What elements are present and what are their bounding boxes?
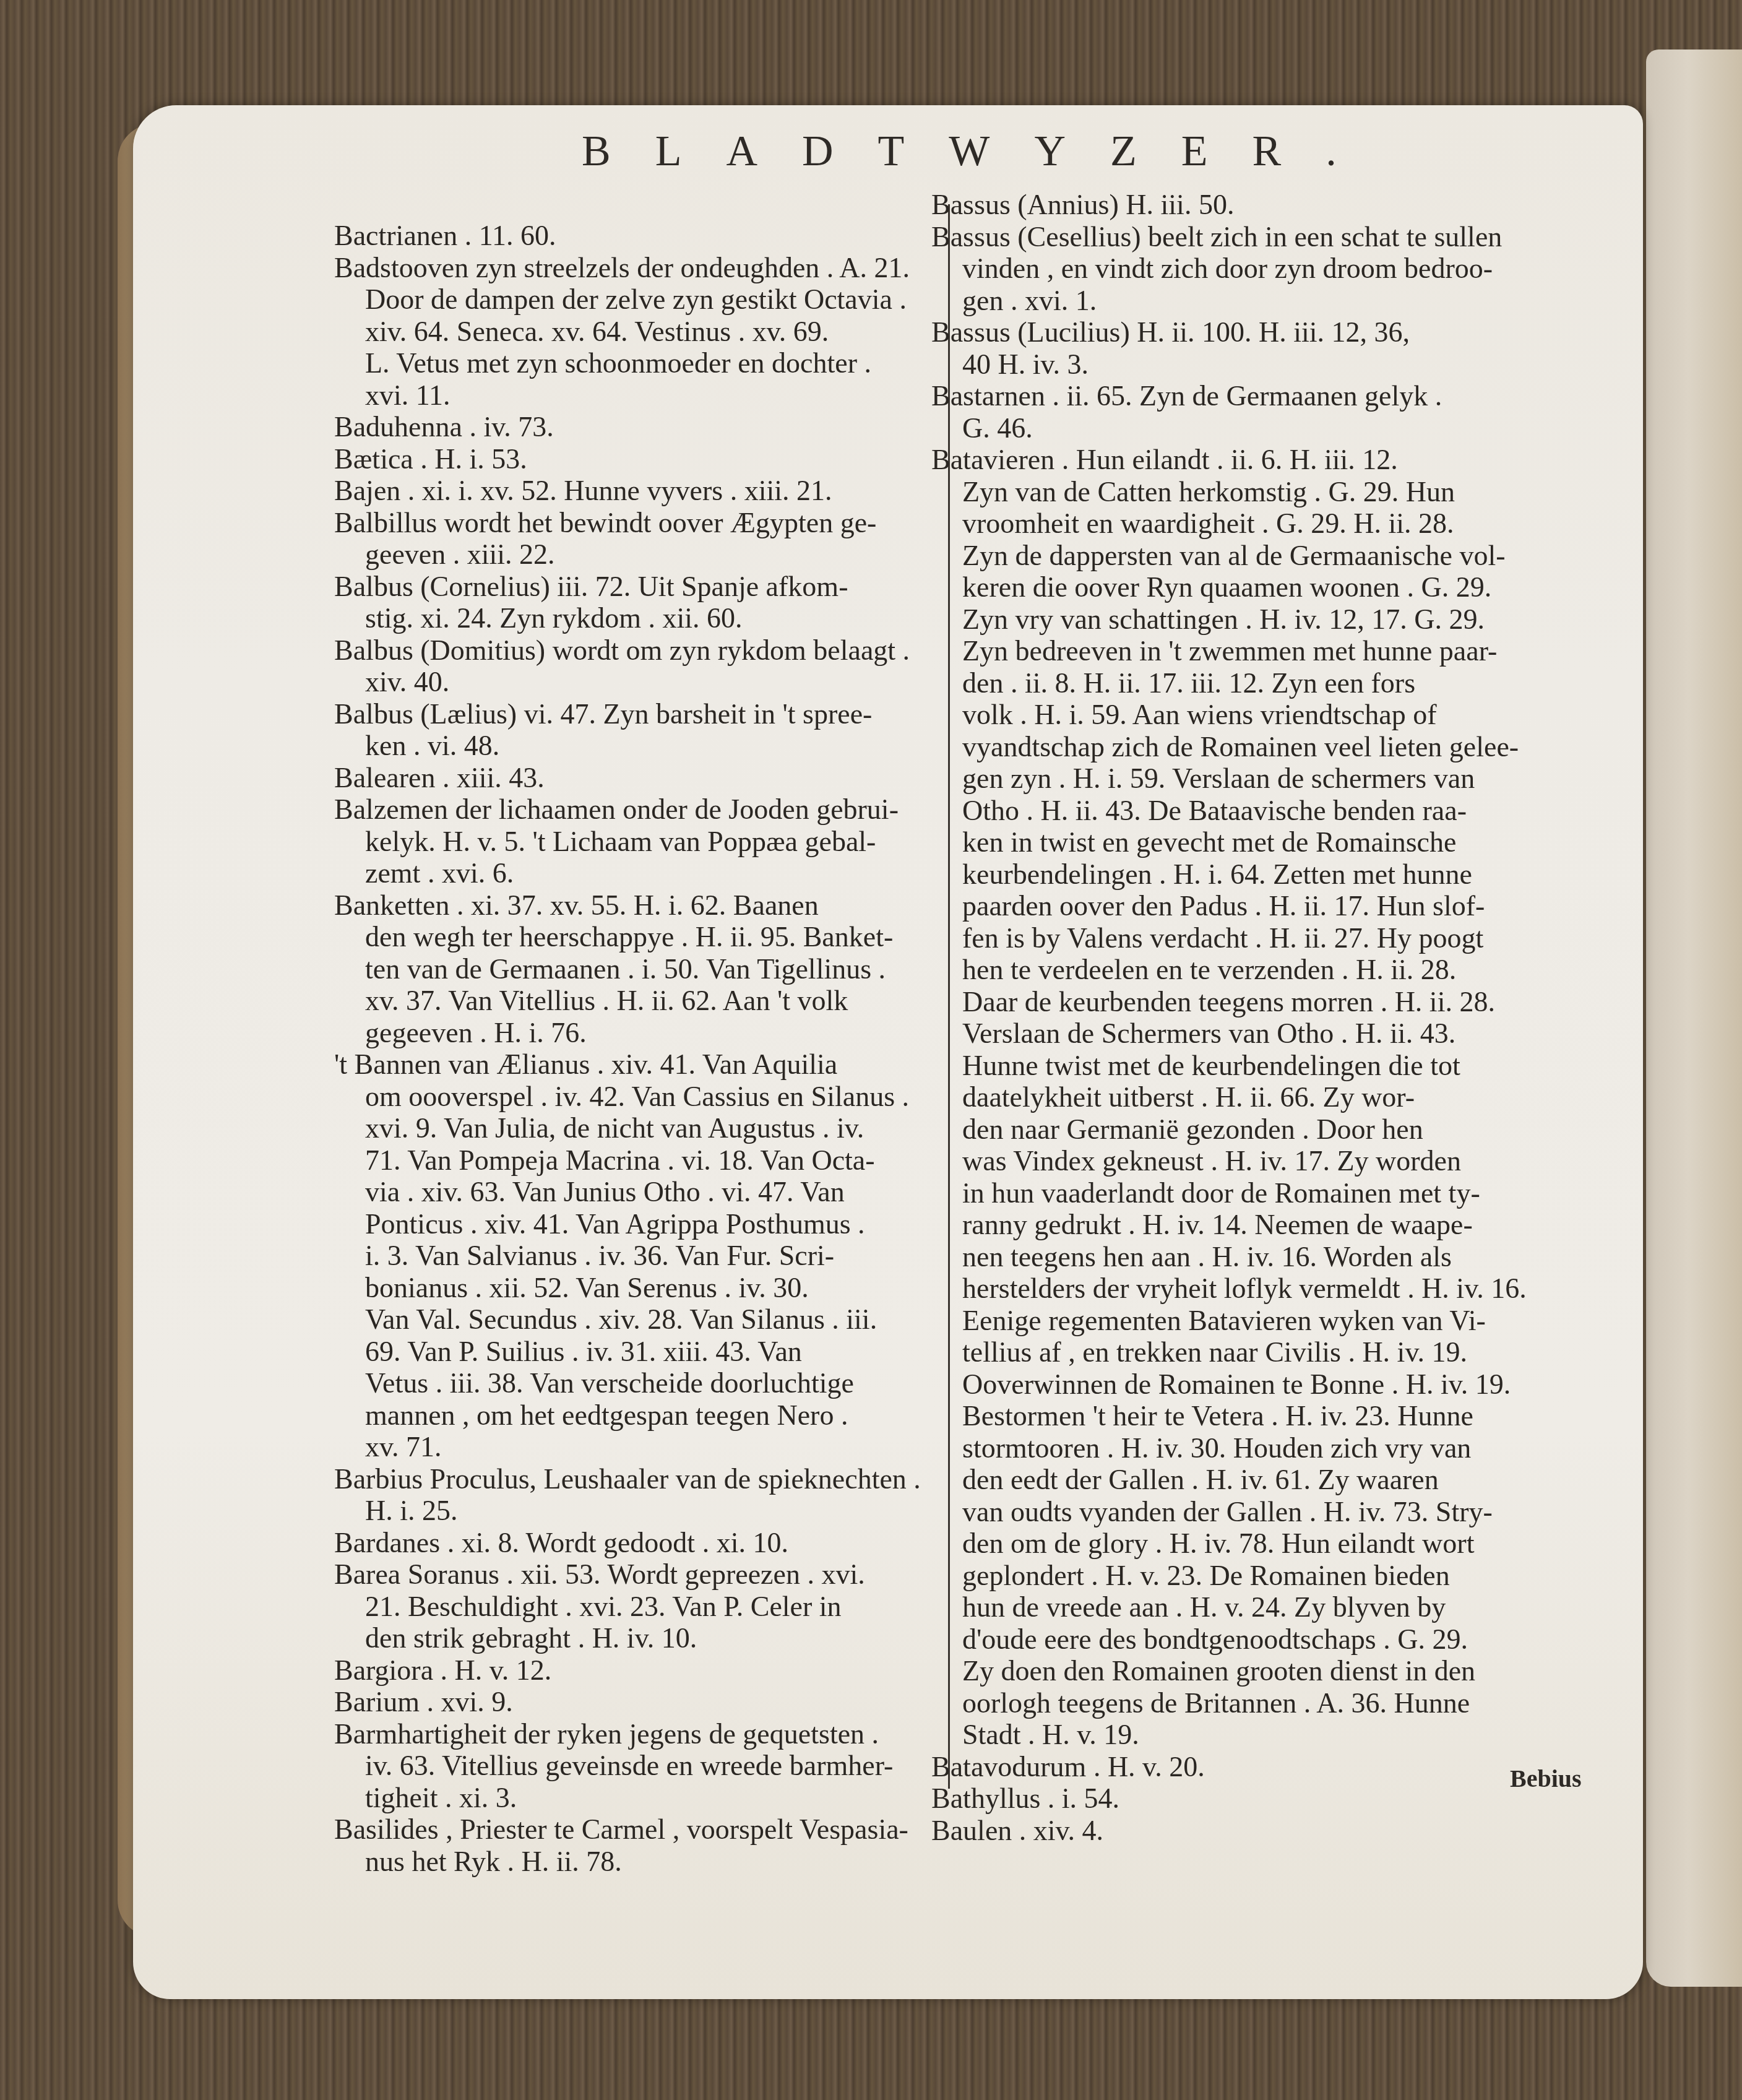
- index-entry-continuation: hen te verdeelen en te verzenden . H. ii…: [931, 954, 1600, 986]
- index-entry: Badstooven zyn streelzels der ondeughden…: [334, 252, 941, 284]
- index-entry-continuation: nen teegens hen aan . H. iv. 16. Worden …: [931, 1241, 1600, 1273]
- index-entry-continuation: gen . xvi. 1.: [931, 285, 1600, 317]
- index-entry-continuation: Zyn de dappersten van al de Germaanische…: [931, 540, 1600, 572]
- index-entry: Balearen . xiii. 43.: [334, 762, 941, 794]
- index-entry-continuation: ken in twist en gevecht met de Romainsch…: [931, 826, 1600, 858]
- facing-page-edge: [1646, 50, 1742, 1987]
- index-entry-continuation: L. Vetus met zyn schoonmoeder en dochter…: [334, 347, 941, 379]
- index-entry: Barea Soranus . xii. 53. Wordt gepreezen…: [334, 1558, 941, 1591]
- index-entry-continuation: volk . H. i. 59. Aan wiens vriendtschap …: [931, 699, 1600, 731]
- index-entry-continuation: 21. Beschuldight . xvi. 23. Van P. Celer…: [334, 1591, 941, 1623]
- index-entry-continuation: herstelders der vryheit loflyk vermeldt …: [931, 1273, 1600, 1305]
- index-entry: Barium . xvi. 9.: [334, 1686, 941, 1718]
- index-entry-continuation: daatelykheit uitberst . H. ii. 66. Zy wo…: [931, 1081, 1600, 1113]
- index-entry-continuation: den naar Germanië gezonden . Door hen: [931, 1113, 1600, 1146]
- index-entry: Bardanes . xi. 8. Wordt gedoodt . xi. 10…: [334, 1527, 941, 1559]
- index-entry-continuation: zemt . xvi. 6.: [334, 857, 941, 889]
- index-entry: Bassus (Annius) H. iii. 50.: [931, 189, 1600, 221]
- index-entry-continuation: via . xiv. 63. Van Junius Otho . vi. 47.…: [334, 1176, 941, 1208]
- index-entry-continuation: ken . vi. 48.: [334, 730, 941, 762]
- index-entry-continuation: fen is by Valens verdacht . H. ii. 27. H…: [931, 922, 1600, 954]
- index-entry-continuation: H. i. 25.: [334, 1495, 941, 1527]
- index-entry-continuation: Ooverwinnen de Romainen te Bonne . H. iv…: [931, 1368, 1600, 1401]
- index-entry: Bætica . H. i. 53.: [334, 443, 941, 475]
- index-entry-continuation: gen zyn . H. i. 59. Verslaan de schermer…: [931, 763, 1600, 795]
- index-entry-continuation: bonianus . xii. 52. Van Serenus . iv. 30…: [334, 1272, 941, 1304]
- index-entry: Basilides , Priester te Carmel , voorspe…: [334, 1813, 941, 1846]
- index-entry-continuation: 71. Van Pompeja Macrina . vi. 18. Van Oc…: [334, 1144, 941, 1177]
- index-entry-continuation: xvi. 9. Van Julia, de nicht van Augustus…: [334, 1112, 941, 1144]
- index-entry-continuation: Verslaan de Schermers van Otho . H. ii. …: [931, 1018, 1600, 1050]
- index-entry-continuation: gegeeven . H. i. 76.: [334, 1017, 941, 1049]
- index-entry: Bathyllus . i. 54.: [931, 1782, 1600, 1815]
- index-entry-continuation: ten van de Germaanen . i. 50. Van Tigell…: [334, 953, 941, 985]
- index-entry-continuation: Eenige regementen Batavieren wyken van V…: [931, 1305, 1600, 1337]
- index-entry-continuation: den wegh ter heerschappye . H. ii. 95. B…: [334, 921, 941, 953]
- index-entry-continuation: Zyn van de Catten herkomstig . G. 29. Hu…: [931, 476, 1600, 508]
- index-entry-continuation: xv. 71.: [334, 1431, 941, 1463]
- index-entry-continuation: geplondert . H. v. 23. De Romainen biede…: [931, 1560, 1600, 1592]
- index-entry: Baduhenna . iv. 73.: [334, 411, 941, 443]
- index-entry-continuation: keren die oover Ryn quaamen woonen . G. …: [931, 571, 1600, 603]
- index-entry-continuation: kelyk. H. v. 5. 't Lichaam van Poppæa ge…: [334, 826, 941, 858]
- index-entry-continuation: Bestormen 't heir te Vetera . H. iv. 23.…: [931, 1400, 1600, 1432]
- index-entry-continuation: xv. 37. Van Vitellius . H. ii. 62. Aan '…: [334, 985, 941, 1017]
- index-entry: Barmhartigheit der ryken jegens de geque…: [334, 1718, 941, 1750]
- index-entry-continuation: was Vindex gekneust . H. iv. 17. Zy word…: [931, 1145, 1600, 1177]
- index-entry: Balzemen der lichaamen onder de Jooden g…: [334, 793, 941, 826]
- index-entry: Bassus (Cesellius) beelt zich in een sch…: [931, 221, 1600, 253]
- index-entry-continuation: Van Val. Secundus . xiv. 28. Van Silanus…: [334, 1303, 941, 1336]
- index-entry: Balbus (Domitius) wordt om zyn rykdom be…: [334, 634, 941, 667]
- index-entry-continuation: tellius af , en trekken naar Civilis . H…: [931, 1336, 1600, 1368]
- index-entry-continuation: van oudts vyanden der Gallen . H. iv. 73…: [931, 1496, 1600, 1528]
- index-entry-continuation: den om de glory . H. iv. 78. Hun eilandt…: [931, 1527, 1600, 1560]
- index-entry-continuation: mannen , om het eedtgespan teegen Nero .: [334, 1399, 941, 1432]
- index-entry-continuation: Daar de keurbenden teegens morren . H. i…: [931, 986, 1600, 1018]
- index-entry: Balbus (Lælius) vi. 47. Zyn barsheit in …: [334, 698, 941, 730]
- index-entry: Barbius Proculus, Leushaaler van de spie…: [334, 1463, 941, 1495]
- index-entry-continuation: den strik gebraght . H. iv. 10.: [334, 1622, 941, 1654]
- index-entry: Bargiora . H. v. 12.: [334, 1654, 941, 1687]
- index-entry-continuation: nus het Ryk . H. ii. 78.: [334, 1846, 941, 1878]
- index-entry-continuation: Zy doen den Romainen grooten dienst in d…: [931, 1655, 1600, 1687]
- index-entry-continuation: Otho . H. ii. 43. De Bataavische benden …: [931, 795, 1600, 827]
- index-entry: Balbus (Cornelius) iii. 72. Uit Spanje a…: [334, 571, 941, 603]
- index-entry-continuation: vroomheit en waardigheit . G. 29. H. ii.…: [931, 508, 1600, 540]
- index-entry-continuation: iv. 63. Vitellius geveinsde en wreede ba…: [334, 1750, 941, 1782]
- index-entry-continuation: in hun vaaderlandt door de Romainen met …: [931, 1177, 1600, 1209]
- index-entry-continuation: ranny gedrukt . H. iv. 14. Neemen de waa…: [931, 1209, 1600, 1241]
- index-entry-continuation: tigheit . xi. 3.: [334, 1782, 941, 1814]
- index-column-right: Bassus (Annius) H. iii. 50.Bassus (Cesel…: [931, 189, 1600, 1846]
- index-entry: Baulen . xiv. 4.: [931, 1815, 1600, 1847]
- catchword: Bebius: [1510, 1764, 1582, 1793]
- index-entry-continuation: xvi. 11.: [334, 379, 941, 412]
- index-column-left: Bactrianen . 11. 60.Badstooven zyn stree…: [334, 220, 941, 1877]
- index-entry-continuation: Door de dampen der zelve zyn gestikt Oct…: [334, 283, 941, 316]
- index-entry-continuation: Stadt . H. v. 19.: [931, 1719, 1600, 1751]
- index-entry-continuation: G. 46.: [931, 412, 1600, 444]
- index-entry: Bajen . xi. i. xv. 52. Hunne vyvers . xi…: [334, 475, 941, 507]
- index-entry-continuation: hun de vreede aan . H. v. 24. Zy blyven …: [931, 1591, 1600, 1623]
- index-entry: Banketten . xi. 37. xv. 55. H. i. 62. Ba…: [334, 889, 941, 922]
- index-entry: Batavodurum . H. v. 20.: [931, 1751, 1600, 1783]
- index-entry-continuation: vyandtschap zich de Romainen veel lieten…: [931, 731, 1600, 763]
- index-entry-continuation: Ponticus . xiv. 41. Van Agrippa Posthumu…: [334, 1208, 941, 1240]
- index-entry-continuation: xiv. 40.: [334, 666, 941, 698]
- index-entry-continuation: Vetus . iii. 38. Van verscheide doorluch…: [334, 1367, 941, 1399]
- index-entry-continuation: d'oude eere des bondtgenoodtschaps . G. …: [931, 1623, 1600, 1656]
- index-entry-continuation: Zyn vry van schattingen . H. iv. 12, 17.…: [931, 603, 1600, 636]
- index-entry: Balbillus wordt het bewindt oover Ægypte…: [334, 507, 941, 539]
- page-title: BLADTWYZER.: [582, 127, 1300, 176]
- index-entry-continuation: oorlogh teegens de Britannen . A. 36. Hu…: [931, 1687, 1600, 1719]
- index-entry-continuation: 69. Van P. Suilius . iv. 31. xiii. 43. V…: [334, 1336, 941, 1368]
- index-entry: Bastarnen . ii. 65. Zyn de Germaanen gel…: [931, 380, 1600, 412]
- index-entry: 't Bannen van Ælianus . xiv. 41. Van Aqu…: [334, 1048, 941, 1081]
- index-entry-continuation: 40 H. iv. 3.: [931, 348, 1600, 381]
- index-entry-continuation: Zyn bedreeven in 't zwemmen met hunne pa…: [931, 635, 1600, 667]
- index-entry-continuation: xiv. 64. Seneca. xv. 64. Vestinus . xv. …: [334, 316, 941, 348]
- index-entry-continuation: om oooverspel . iv. 42. Van Cassius en S…: [334, 1081, 941, 1113]
- index-entry-continuation: stig. xi. 24. Zyn rykdom . xii. 60.: [334, 602, 941, 634]
- index-entry-continuation: Hunne twist met de keurbendelingen die t…: [931, 1050, 1600, 1082]
- index-entry-continuation: paarden oover den Padus . H. ii. 17. Hun…: [931, 890, 1600, 922]
- index-entry-continuation: den . ii. 8. H. ii. 17. iii. 12. Zyn een…: [931, 667, 1600, 699]
- index-entry-continuation: keurbendelingen . H. i. 64. Zetten met h…: [931, 858, 1600, 891]
- index-entry: Bassus (Lucilius) H. ii. 100. H. iii. 12…: [931, 316, 1600, 348]
- index-entry: Batavieren . Hun eilandt . ii. 6. H. iii…: [931, 444, 1600, 476]
- index-entry: Bactrianen . 11. 60.: [334, 220, 941, 252]
- index-entry-continuation: i. 3. Van Salvianus . iv. 36. Van Fur. S…: [334, 1240, 941, 1272]
- index-entry-continuation: geeven . xiii. 22.: [334, 538, 941, 571]
- index-entry-continuation: vinden , en vindt zich door zyn droom be…: [931, 253, 1600, 285]
- index-entry-continuation: den eedt der Gallen . H. iv. 61. Zy waar…: [931, 1464, 1600, 1496]
- index-entry-continuation: stormtooren . H. iv. 30. Houden zich vry…: [931, 1432, 1600, 1464]
